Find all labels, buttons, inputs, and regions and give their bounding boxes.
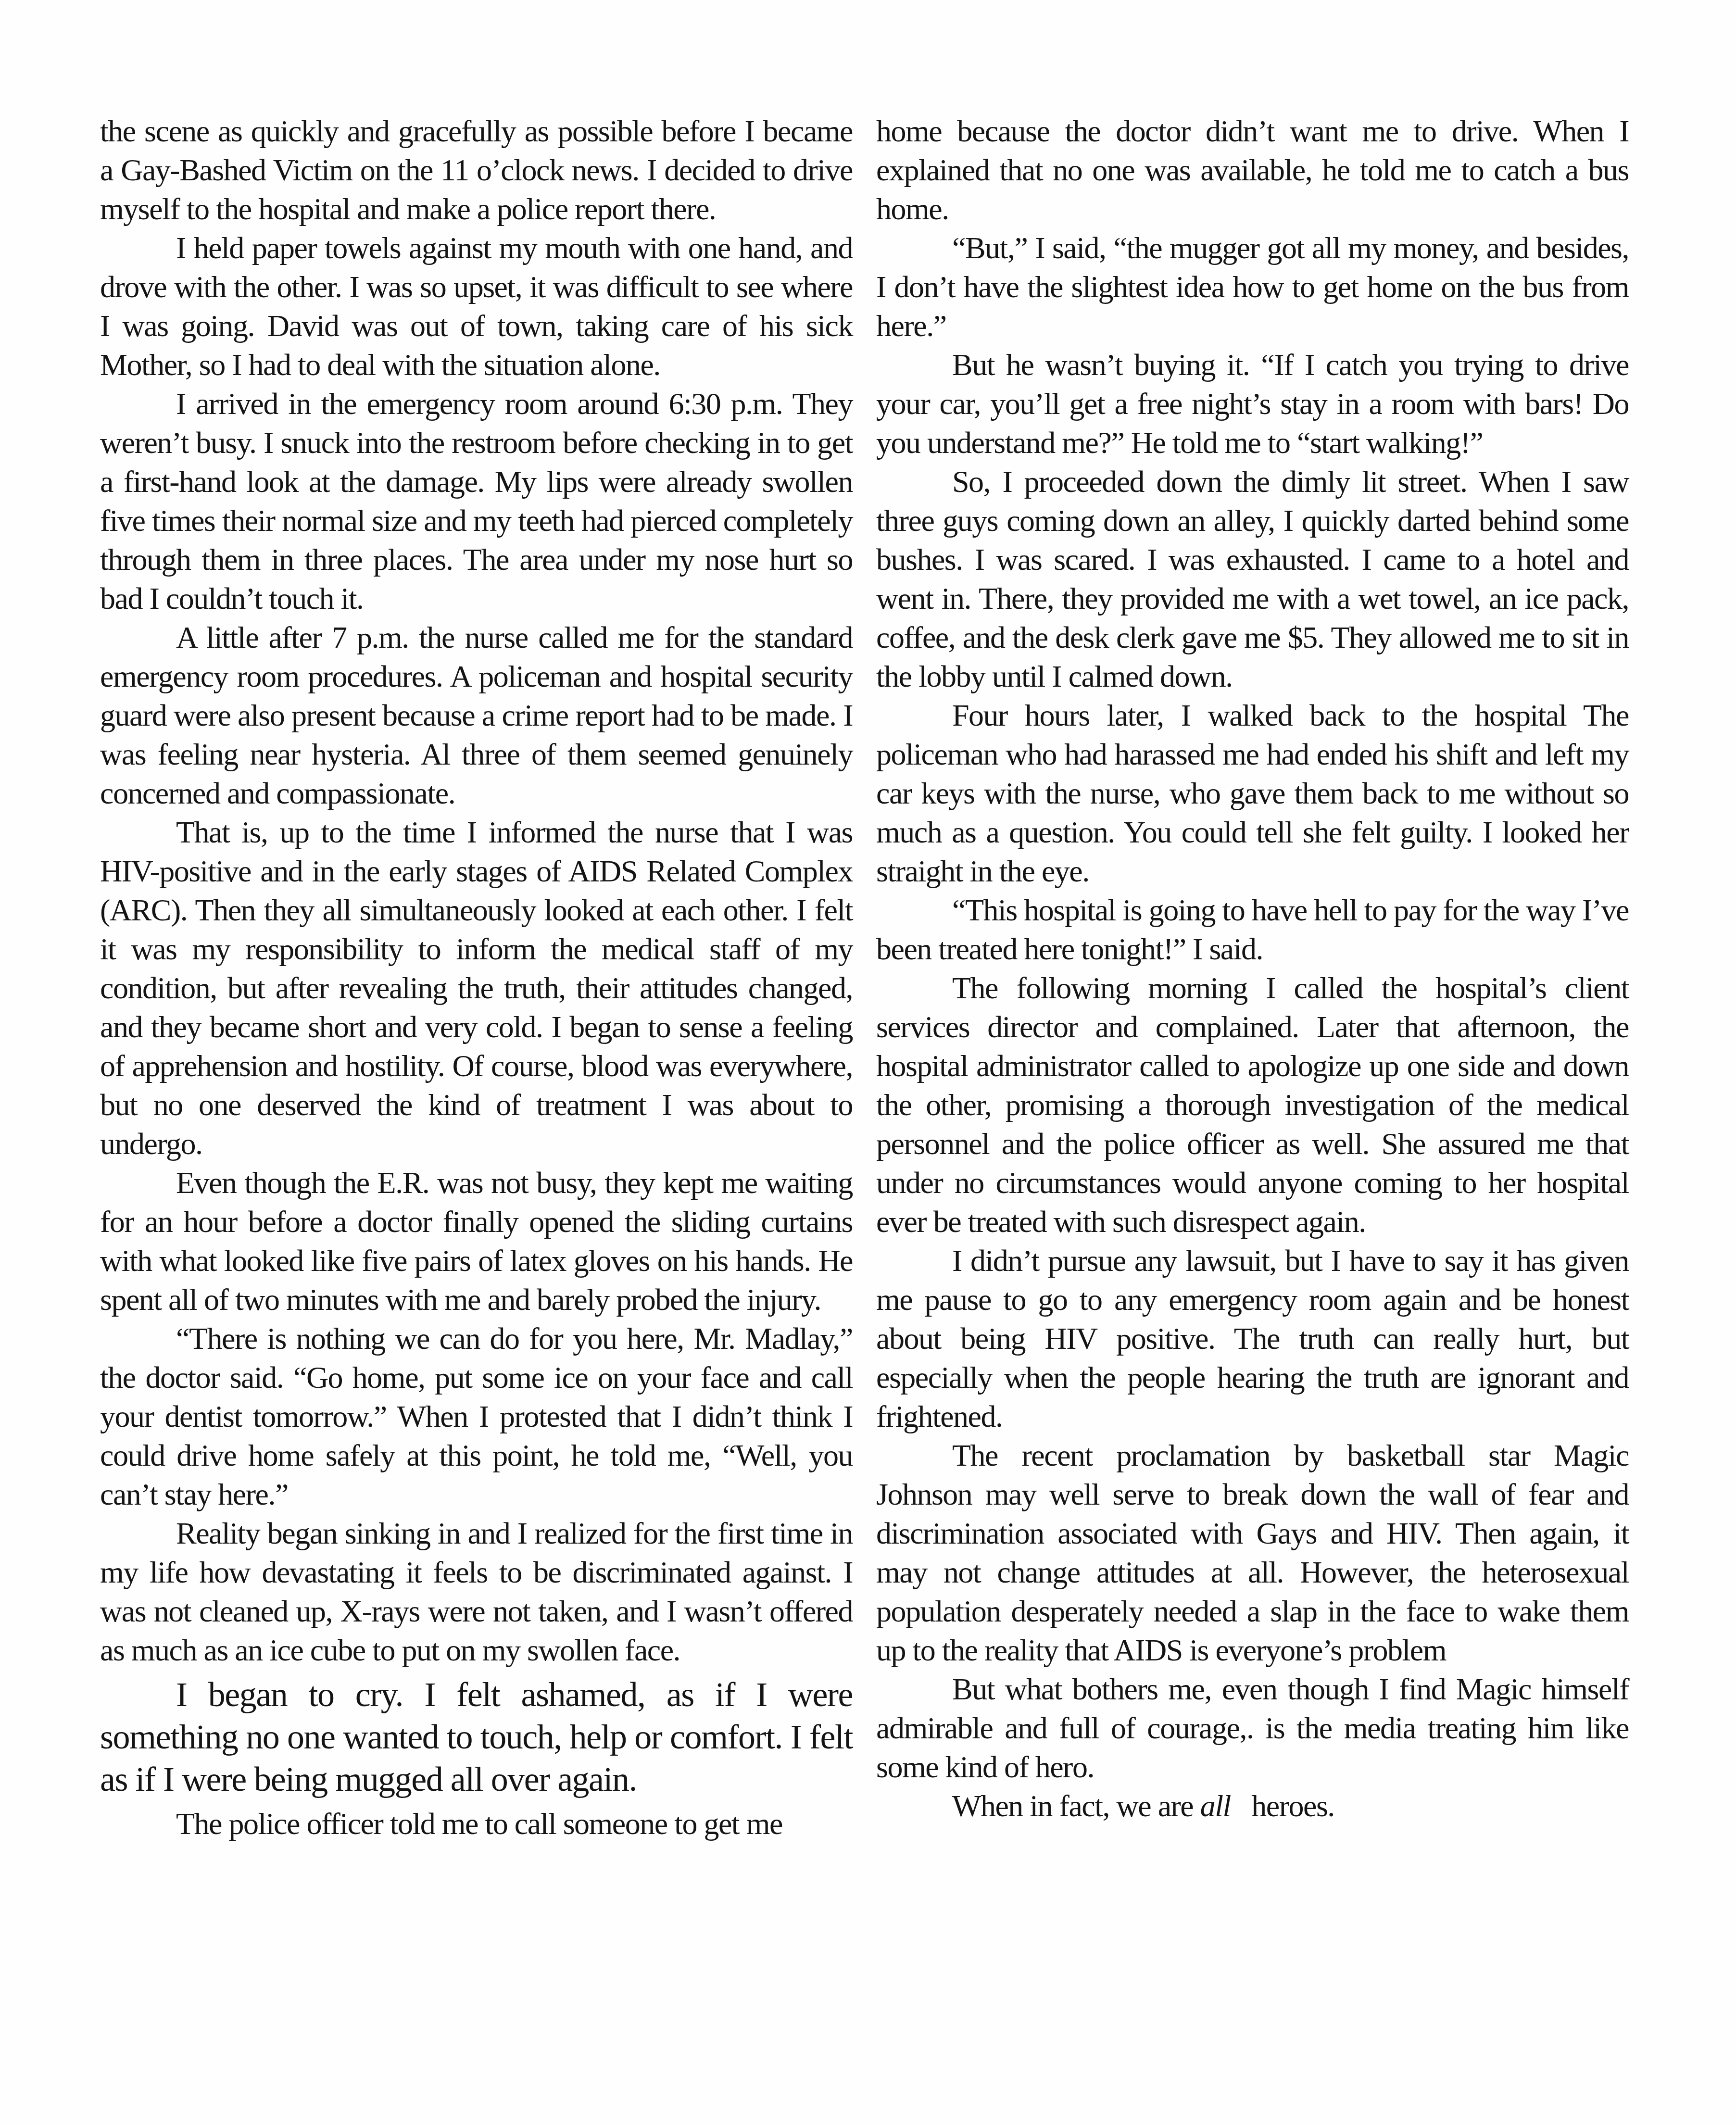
paragraph: I arrived in the emergency room around 6…: [100, 384, 853, 618]
paragraph-emphasized: I began to cry. I felt ashamed, as if I …: [100, 1673, 853, 1800]
paragraph: home because the doctor didn’t want me t…: [876, 112, 1629, 228]
paragraph: the scene as quickly and gracefully as p…: [100, 112, 853, 228]
closing-text: When in fact, we are: [952, 1789, 1200, 1823]
paragraph: The recent proclamation by basketball st…: [876, 1436, 1629, 1670]
paragraph: But he wasn’t buying it. “If I catch you…: [876, 345, 1629, 462]
closing-text-end: heroes.: [1231, 1789, 1334, 1823]
paragraph: A little after 7 p.m. the nurse called m…: [100, 618, 853, 813]
paragraph: Four hours later, I walked back to the h…: [876, 696, 1629, 891]
paragraph: So, I proceeded down the dimly lit stree…: [876, 462, 1629, 696]
paragraph: “But,” I said, “the mugger got all my mo…: [876, 228, 1629, 345]
paragraph: I held paper towels against my mouth wit…: [100, 228, 853, 384]
paragraph: The police officer told me to call someo…: [100, 1804, 853, 1843]
right-column: home because the doctor didn’t want me t…: [876, 112, 1629, 1825]
closing-line: When in fact, we are all heroes.: [876, 1786, 1629, 1825]
paragraph: That is, up to the time I informed the n…: [100, 813, 853, 1163]
paragraph: Reality began sinking in and I realized …: [100, 1514, 853, 1670]
paragraph: But what bothers me, even though I find …: [876, 1670, 1629, 1786]
closing-emphasis: all: [1200, 1789, 1231, 1823]
paragraph: The following morning I called the hospi…: [876, 968, 1629, 1241]
document-page: the scene as quickly and gracefully as p…: [0, 0, 1736, 2124]
paragraph: I didn’t pursue any lawsuit, but I have …: [876, 1241, 1629, 1436]
left-column: the scene as quickly and gracefully as p…: [100, 112, 853, 1843]
paragraph: Even though the E.R. was not busy, they …: [100, 1163, 853, 1319]
paragraph: “There is nothing we can do for you here…: [100, 1319, 853, 1514]
paragraph: “This hospital is going to have hell to …: [876, 891, 1629, 968]
